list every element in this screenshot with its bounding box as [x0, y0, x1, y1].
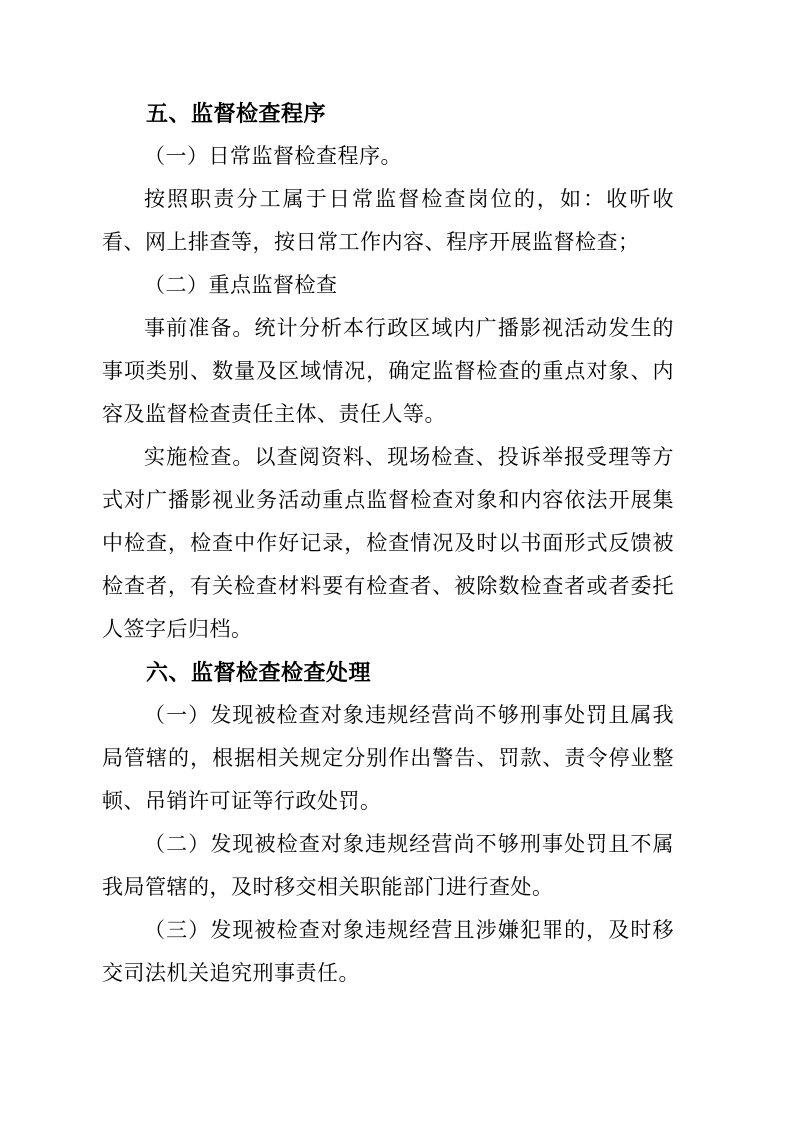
subsection-5-2-title: （二）重点监督检查 — [102, 264, 674, 307]
paragraph-handling-3: （三）发现被检查对象违规经营且涉嫌犯罪的，及时移交司法机关追究刑事责任。 — [102, 909, 674, 995]
paragraph-daily-procedure: 按照职责分工属于日常监督检查岗位的，如：收听收看、网上排查等，按日常工作内容、程… — [102, 178, 674, 264]
paragraph-implementation: 实施检查。以查阅资料、现场检查、投诉举报受理等方式对广播影视业务活动重点监督检查… — [102, 436, 674, 651]
paragraph-preparation: 事前准备。统计分析本行政区域内广播影视活动发生的事项类别、数量及区域情况，确定监… — [102, 307, 674, 436]
paragraph-handling-1: （一）发现被检查对象违规经营尚不够刑事处罚且属我局管辖的，根据相关规定分别作出警… — [102, 694, 674, 823]
document-page: 五、监督检查程序 （一）日常监督检查程序。 按照职责分工属于日常监督检查岗位的，… — [0, 0, 793, 1122]
section-heading-5: 五、监督检查程序 — [102, 92, 674, 135]
section-heading-6: 六、监督检查检查处理 — [102, 651, 674, 694]
subsection-5-1-title: （一）日常监督检查程序。 — [102, 135, 674, 178]
document-body: 五、监督检查程序 （一）日常监督检查程序。 按照职责分工属于日常监督检查岗位的，… — [102, 92, 674, 995]
paragraph-handling-2: （二）发现被检查对象违规经营尚不够刑事处罚且不属我局管辖的，及时移交相关职能部门… — [102, 823, 674, 909]
